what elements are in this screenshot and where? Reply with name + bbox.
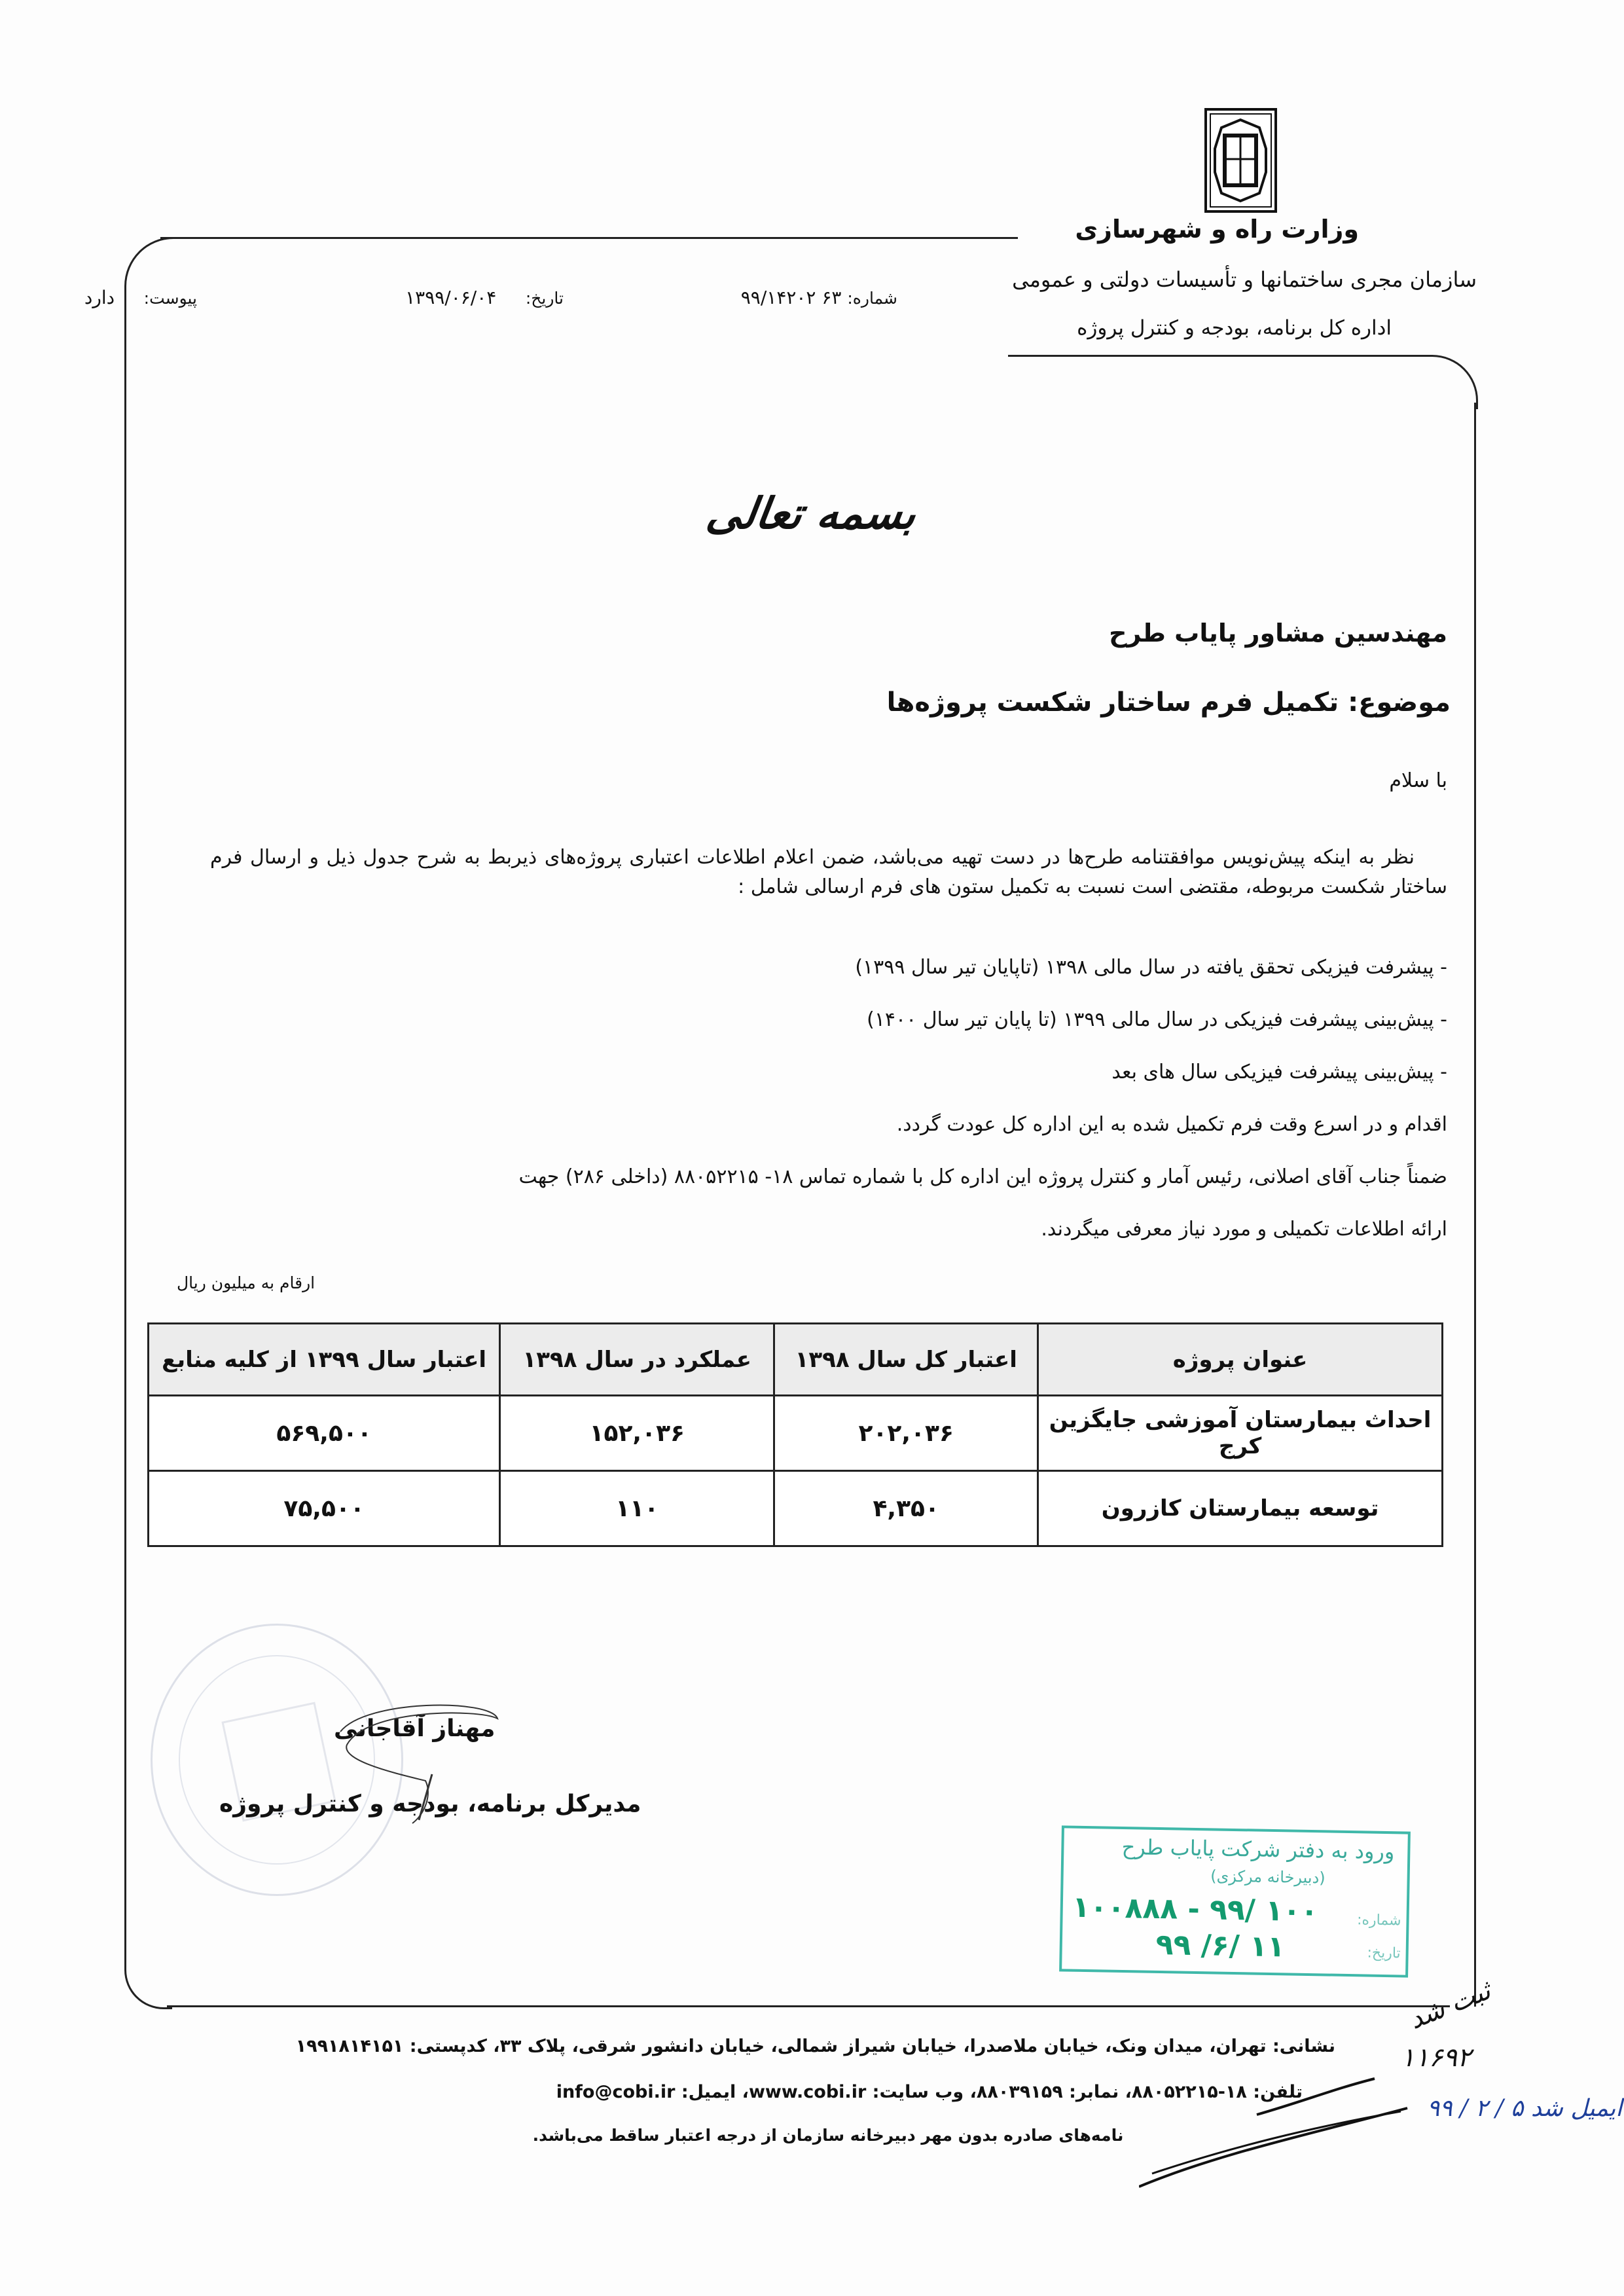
number-value: ۶۳ ۹۹/۱۴۲۰۲	[741, 287, 842, 308]
invocation: بسمه تعالی	[704, 488, 920, 539]
body-paragraph-1: نظر به اینکه پیش‌نویس موافقتنامه طرح‌ها …	[210, 843, 1447, 902]
letter-attachment: پیوست: دارد	[84, 287, 197, 308]
handwritten-number: ۱۱۶۹۲	[1401, 2043, 1471, 2073]
letter-number: شماره: ۶۳ ۹۹/۱۴۲۰۲	[741, 287, 897, 308]
subject: موضوع: تکمیل فرم ساختار شکست پروژه‌ها	[887, 687, 1451, 718]
header-total-credit-1398: اعتبار کل سال ۱۳۹۸	[774, 1324, 1038, 1396]
footer-note: نامه‌های صادره بدون مهر دبیرخانه سازمان …	[491, 2126, 1165, 2145]
ministry-logo-icon	[1204, 108, 1277, 213]
signer-title: مدیرکل برنامه، بودجه و کنترل پروژه	[219, 1791, 641, 1817]
footer-contact: تلفن: ۱۸-۸۸۰۵۲۲۱۵، نمابر: ۸۸۰۳۹۱۵۹، وب س…	[399, 2082, 1303, 2102]
letter-date: تاریخ: ۱۳۹۹/۰۶/۰۴	[405, 287, 564, 308]
stamp-subtitle: (دبیرخانه مرکزی)	[1210, 1867, 1326, 1887]
cell-project-title: احداث بیمارستان آموزشی جایگزین کرج	[1038, 1396, 1443, 1471]
table-unit-note: ارقام به میلیون ریال	[177, 1273, 315, 1292]
footer-address: نشانی: تهران، میدان ونک، خیابان ملاصدرا،…	[281, 2036, 1335, 2056]
number-label: شماره:	[847, 289, 897, 308]
bullet-2: - پیش‌بینی پیشرفت فیزیکی در سال مالی ۱۳۹…	[867, 1008, 1447, 1031]
action-line: اقدام و در اسرع وقت فرم تکمیل شده به این…	[897, 1113, 1447, 1136]
stamp-title: ورود به دفتر شرکت پایاب طرح	[1121, 1834, 1394, 1864]
greeting: با سلام	[1389, 769, 1447, 792]
frame-left	[124, 308, 126, 1958]
table-header-row: عنوان پروژه اعتبار کل سال ۱۳۹۸ عملکرد در…	[149, 1324, 1443, 1396]
stamp-date-label: تاریخ:	[1367, 1945, 1401, 1962]
frame-top-right	[1008, 355, 1427, 357]
contact-line-1: ضمناً جناب آقای اصلانی، رئیس آمار و کنتر…	[519, 1165, 1448, 1188]
header-performance-1398: عملکرد در سال ۱۳۹۸	[500, 1324, 774, 1396]
recipient: مهندسین مشاور پایاب طرح	[1109, 619, 1447, 647]
header-project-title: عنوان پروژه	[1038, 1324, 1443, 1396]
cell-performance-1398: ۱۱۰	[500, 1471, 774, 1546]
cell-total-credit-1398: ۲۰۲,۰۳۶	[774, 1396, 1038, 1471]
table-row: احداث بیمارستان آموزشی جایگزین کرج ۲۰۲,۰…	[149, 1396, 1443, 1471]
bullet-1: - پیشرفت فیزیکی تحقق یافته در سال مالی ۱…	[855, 956, 1447, 979]
frame-bottom	[167, 2005, 1450, 2007]
incoming-stamp: ورود به دفتر شرکت پایاب طرح (دبیرخانه مر…	[1059, 1825, 1411, 1977]
ministry-name: وزارت راه و شهرسازی	[1075, 215, 1359, 244]
date-value: ۱۳۹۹/۰۶/۰۴	[405, 287, 496, 308]
frame-top-left	[160, 237, 1018, 239]
stamp-date-value: ۹۹ /۶/ ۱۱	[1155, 1928, 1285, 1963]
stamp-number-label: شماره:	[1357, 1912, 1401, 1929]
handwritten-registered: ثبت شد	[1405, 1975, 1495, 2035]
attachment-label: پیوست:	[144, 289, 197, 308]
cell-credit-1399: ۷۵,۵۰۰	[149, 1471, 500, 1546]
cell-credit-1399: ۵۶۹,۵۰۰	[149, 1396, 500, 1471]
organization-name: سازمان مجری ساختمانها و تأسیسات دولتی و …	[1012, 267, 1477, 292]
cell-performance-1398: ۱۵۲,۰۳۶	[500, 1396, 774, 1471]
frame-corner-top-right	[1411, 355, 1478, 409]
handwritten-emailed: ایمیل شد ۵ / ۲ / ۹۹	[1427, 2095, 1622, 2122]
cell-project-title: توسعه بیمارستان کازرون	[1038, 1471, 1443, 1546]
stamp-number-value: ۱۰۰۸۸۸ - ۹۹/ ۱۰۰	[1072, 1891, 1319, 1929]
frame-corner-bottom-left	[124, 1938, 172, 2009]
table-row: توسعه بیمارستان کازرون ۴,۳۵۰ ۱۱۰ ۷۵,۵۰۰	[149, 1471, 1443, 1546]
contact-line-2: ارائه اطلاعات تکمیلی و مورد نیاز معرفی م…	[1041, 1218, 1447, 1241]
header-credit-1399: اعتبار سال ۱۳۹۹ از کلیه منابع	[149, 1324, 500, 1396]
cell-total-credit-1398: ۴,۳۵۰	[774, 1471, 1038, 1546]
budget-table: عنوان پروژه اعتبار کل سال ۱۳۹۸ عملکرد در…	[147, 1322, 1443, 1547]
department-name: اداره کل برنامه، بودجه و کنترل پروژه	[1077, 316, 1392, 340]
frame-right	[1474, 403, 1476, 2007]
date-label: تاریخ:	[526, 289, 564, 308]
bullet-3: - پیش‌بینی پیشرفت فیزیکی سال های بعد	[1111, 1061, 1447, 1084]
attachment-value: دارد	[84, 287, 115, 308]
